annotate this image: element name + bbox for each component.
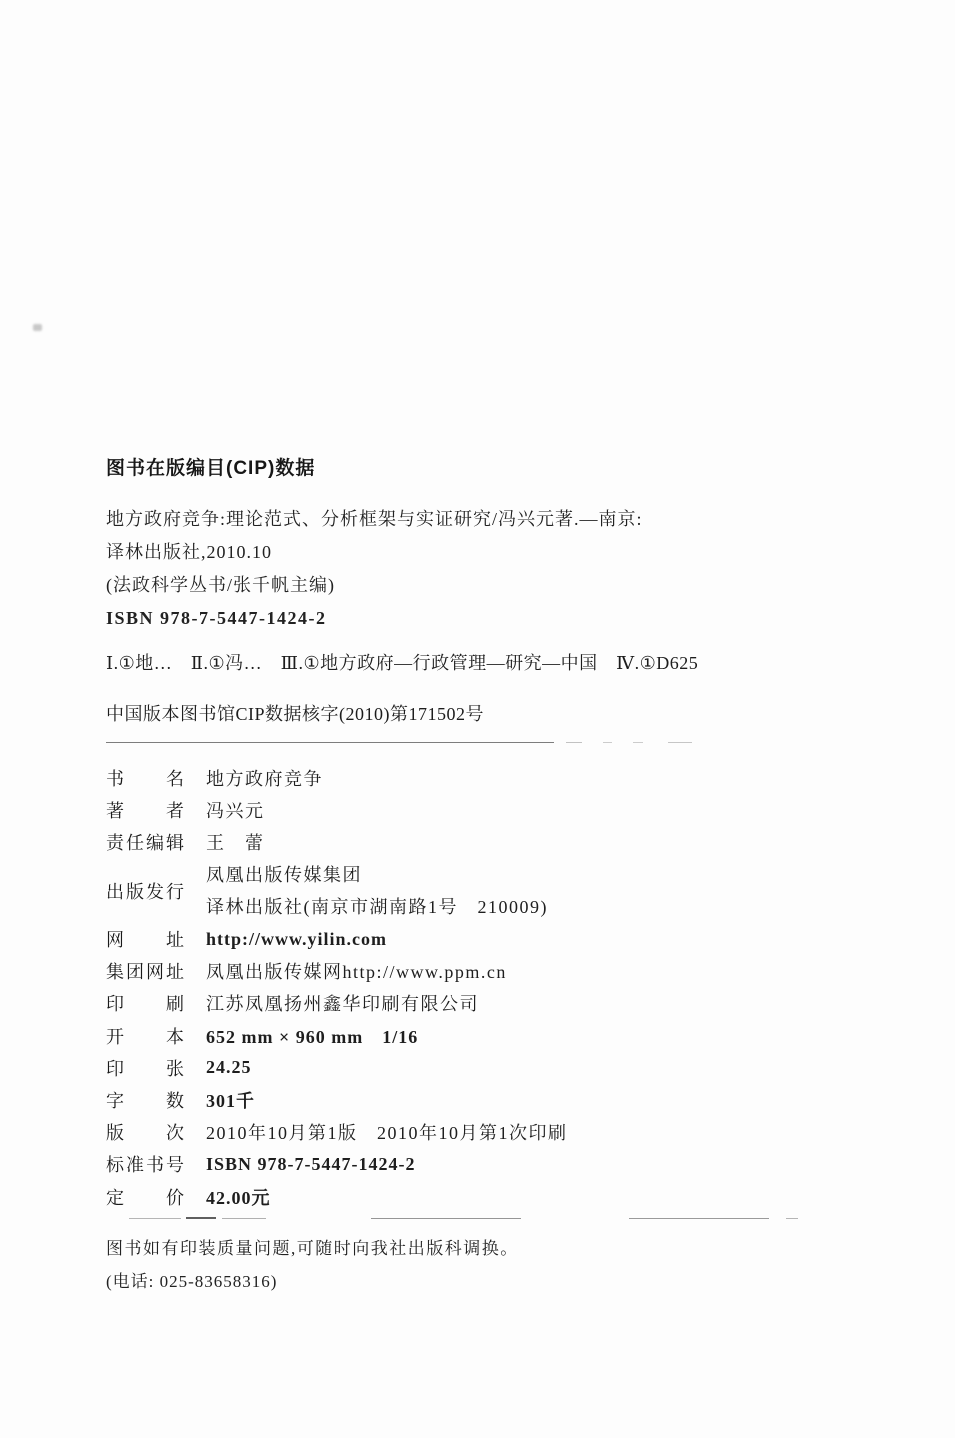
scan-artifact xyxy=(33,324,42,331)
divider-segment xyxy=(106,742,554,743)
quality-notice: 图书如有印装质量问题,可随时向我社出版科调换。 xyxy=(106,1234,519,1259)
divider-segment xyxy=(629,1218,769,1219)
colophon-value: http://www.yilin.com xyxy=(206,929,387,950)
cip-description-block: 地方政府竞争:理论范式、分析框架与实证研究/冯兴元著.—南京: 译林出版社,20… xyxy=(106,503,786,635)
colophon-row-publisher: 出版发行 凤凰出版传媒集团 译林出版社(南京市湖南路1号 210009) xyxy=(106,859,806,923)
colophon-row-author: 著者 冯兴元 xyxy=(106,794,806,826)
divider-segment xyxy=(371,1218,521,1219)
colophon-label: 网址 xyxy=(106,926,184,952)
divider-line-bottom xyxy=(0,1216,955,1220)
colophon-value: 2010年10月第1版 2010年10月第1次印刷 xyxy=(206,1119,568,1145)
colophon-label: 开本 xyxy=(106,1023,184,1049)
colophon-row-printer: 印刷 江苏凤凰扬州鑫华印刷有限公司 xyxy=(106,987,806,1019)
divider-segment xyxy=(129,1218,181,1219)
divider-line-top xyxy=(0,741,955,744)
colophon-label: 标准书号 xyxy=(106,1151,184,1177)
colophon-value: 凤凰出版传媒网http://www.ppm.cn xyxy=(206,958,507,984)
colophon-value: 江苏凤凰扬州鑫华印刷有限公司 xyxy=(206,990,479,1016)
colophon-label: 印刷 xyxy=(106,990,184,1016)
colophon-value: 301千 xyxy=(206,1087,255,1113)
divider-segment xyxy=(786,1218,798,1219)
colophon-row-website: 网址 http://www.yilin.com xyxy=(106,923,806,955)
colophon-value: 652 mm × 960 mm 1/16 xyxy=(206,1023,418,1049)
colophon-label: 定价 xyxy=(106,1184,184,1210)
cip-classification-line: Ⅰ.①地… Ⅱ.①冯… Ⅲ.①地方政府—行政管理—研究—中国 Ⅳ.①D625 xyxy=(106,649,826,675)
colophon-row-word-count: 字数 301千 xyxy=(106,1084,806,1116)
colophon-label: 责任编辑 xyxy=(106,829,184,855)
divider-segment xyxy=(186,1217,216,1219)
divider-segment xyxy=(222,1218,266,1219)
colophon-table: 书名 地方政府竞争 著者 冯兴元 责任编辑 王 蕾 出版发行 凤凰出版传媒集团 … xyxy=(106,762,806,1213)
contact-phone: (电话: 025-83658316) xyxy=(106,1267,277,1292)
colophon-value: 地方政府竞争 xyxy=(206,765,323,791)
colophon-row-price: 定价 42.00元 xyxy=(106,1180,806,1212)
colophon-row-edition: 版次 2010年10月第1版 2010年10月第1次印刷 xyxy=(106,1116,806,1148)
publisher-group-line: 凤凰出版传媒集团 xyxy=(206,859,548,891)
divider-segment xyxy=(633,742,643,743)
colophon-value: 42.00元 xyxy=(206,1184,271,1210)
divider-segment xyxy=(566,742,582,743)
colophon-label: 出版发行 xyxy=(106,878,184,904)
cip-record-number: 中国版本图书馆CIP数据核字(2010)第171502号 xyxy=(106,700,484,726)
cip-series-line: (法政科学丛书/张千帆主编) xyxy=(106,569,786,602)
colophon-label: 版次 xyxy=(106,1119,184,1145)
colophon-row-isbn: 标准书号 ISBN 978-7-5447-1424-2 xyxy=(106,1148,806,1180)
colophon-row-editor: 责任编辑 王 蕾 xyxy=(106,826,806,858)
cip-title-line: 地方政府竞争:理论范式、分析框架与实证研究/冯兴元著.—南京: xyxy=(106,503,786,536)
colophon-row-book-title: 书名 地方政府竞争 xyxy=(106,762,806,794)
colophon-row-sheets: 印张 24.25 xyxy=(106,1052,806,1084)
publisher-press-line: 译林出版社(南京市湖南路1号 210009) xyxy=(206,891,548,923)
divider-segment xyxy=(603,742,612,743)
cip-heading: 图书在版编目(CIP)数据 xyxy=(106,453,315,480)
divider-segment xyxy=(668,742,692,743)
cip-publisher-line: 译林出版社,2010.10 xyxy=(106,536,786,569)
colophon-label: 印张 xyxy=(106,1055,184,1081)
colophon-label: 字数 xyxy=(106,1087,184,1113)
cip-isbn-line: ISBN 978-7-5447-1424-2 xyxy=(106,602,786,635)
book-copyright-page: 图书在版编目(CIP)数据 地方政府竞争:理论范式、分析框架与实证研究/冯兴元著… xyxy=(0,0,955,1438)
colophon-label: 集团网址 xyxy=(106,958,184,984)
colophon-value: 凤凰出版传媒集团 译林出版社(南京市湖南路1号 210009) xyxy=(206,859,548,923)
colophon-row-group-website: 集团网址 凤凰出版传媒网http://www.ppm.cn xyxy=(106,955,806,987)
colophon-value: ISBN 978-7-5447-1424-2 xyxy=(206,1154,416,1175)
colophon-row-format: 开本 652 mm × 960 mm 1/16 xyxy=(106,1020,806,1052)
colophon-value: 王 蕾 xyxy=(206,829,265,855)
colophon-label: 著者 xyxy=(106,797,184,823)
colophon-value: 冯兴元 xyxy=(206,797,265,823)
colophon-label: 书名 xyxy=(106,765,184,791)
colophon-value: 24.25 xyxy=(206,1057,252,1078)
